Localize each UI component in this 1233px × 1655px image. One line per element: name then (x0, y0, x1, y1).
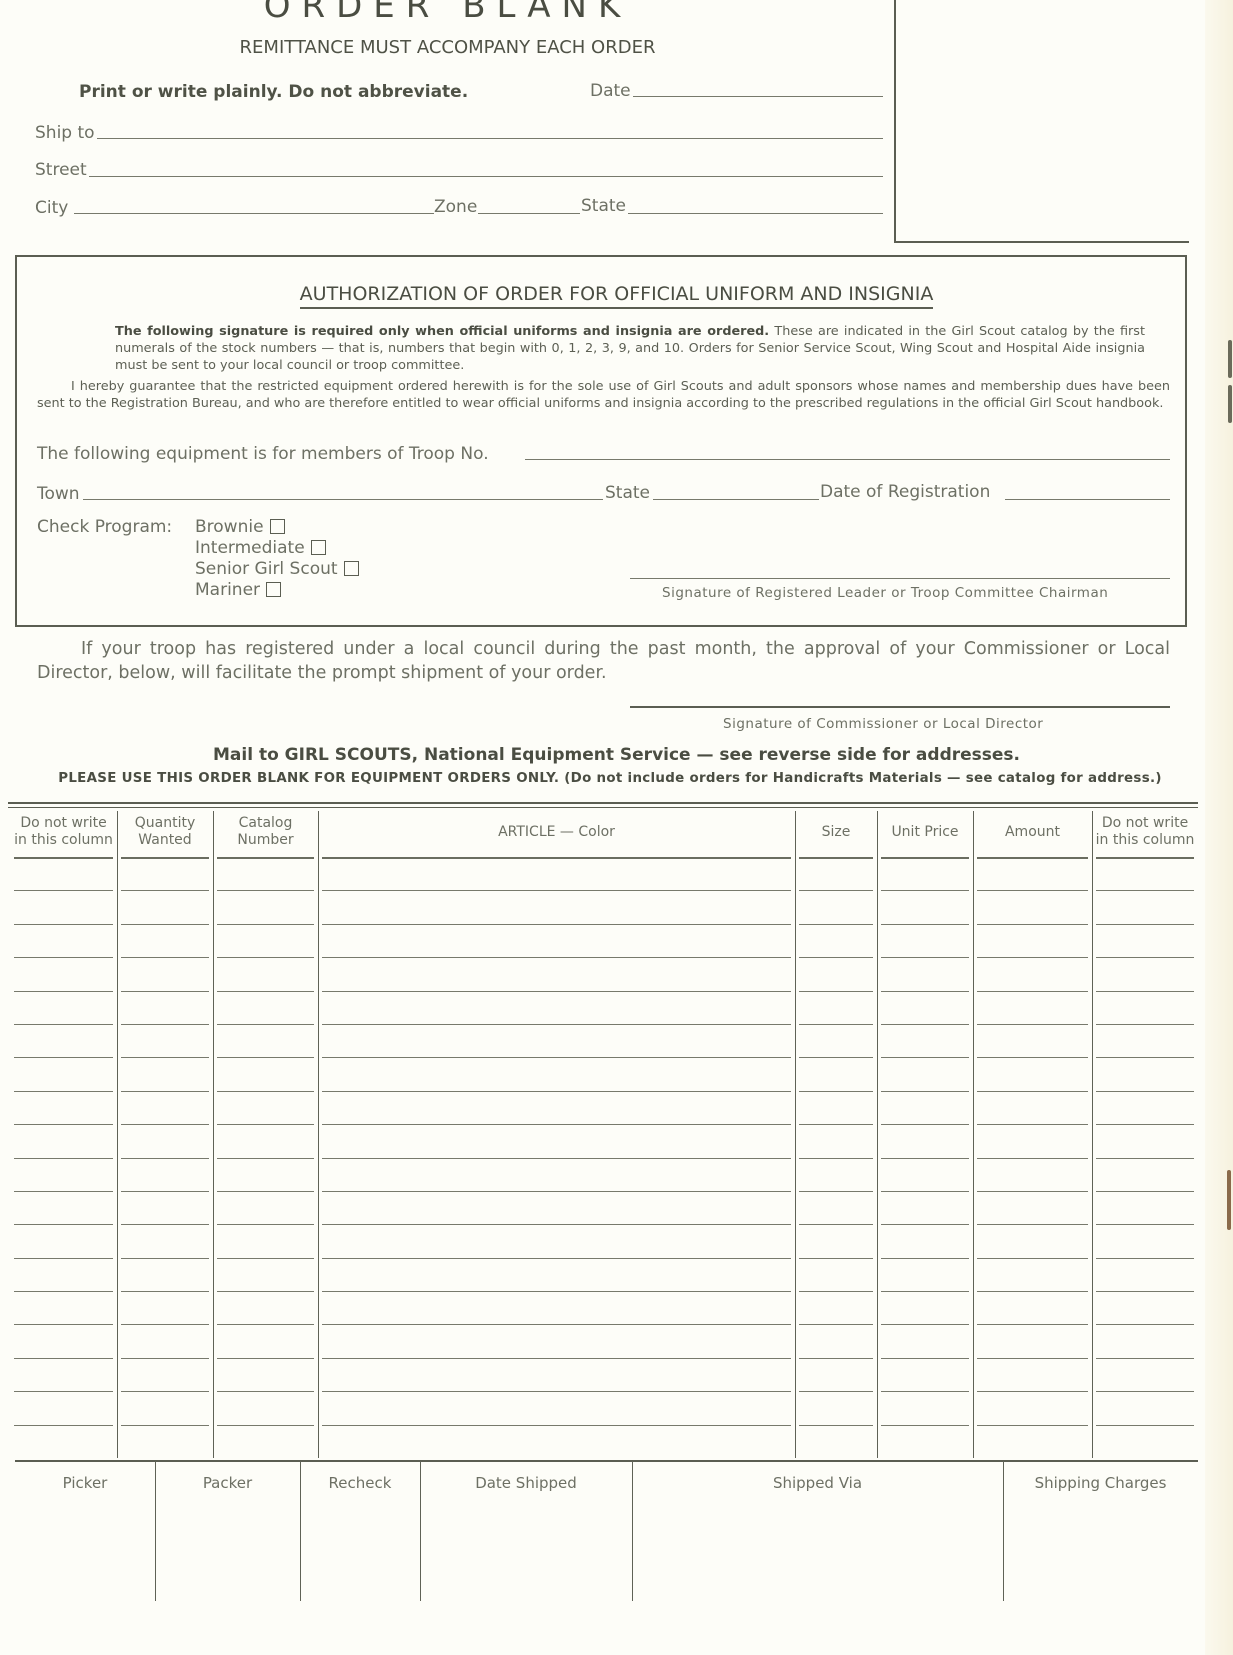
recheck-field[interactable] (306, 1510, 418, 1592)
authorization-paragraph-2: I hereby guarantee that the restricted e… (37, 378, 1170, 412)
checkbox[interactable] (311, 540, 326, 555)
quantity-col-cell[interactable] (121, 1230, 213, 1255)
size-col-cell[interactable] (799, 1364, 877, 1389)
unit-price-col-cell[interactable] (881, 1431, 973, 1456)
office-use-col-left-cell[interactable] (14, 1097, 117, 1122)
unit-price-col-cell[interactable] (881, 1230, 973, 1255)
quantity-col-cell[interactable] (121, 1164, 213, 1189)
catalog-number-col-cell[interactable] (217, 1264, 318, 1289)
column-divider (795, 811, 796, 1458)
office-use-col-left-cell[interactable] (14, 1197, 117, 1222)
row-rule (799, 1024, 873, 1025)
office-use-col-left-cell[interactable] (14, 1030, 117, 1055)
row-rule (14, 957, 113, 958)
office-use-col-right-cell[interactable] (1096, 1197, 1198, 1222)
unit-price-col-cell[interactable] (881, 1030, 973, 1055)
amount-col-cell[interactable] (977, 930, 1092, 955)
column-divider (318, 811, 319, 1458)
office-use-col-right-cell[interactable] (1096, 1364, 1198, 1389)
row-rule (121, 1124, 209, 1125)
row-rule (977, 1191, 1088, 1192)
article-color-col-cell[interactable] (322, 1164, 795, 1189)
office-use-col-right-cell[interactable] (1096, 1397, 1198, 1422)
binding-staple-mark (1228, 340, 1232, 378)
row-rule (14, 1291, 113, 1292)
quantity-col-cell[interactable] (121, 1063, 213, 1088)
row-rule (14, 1324, 113, 1325)
amount-col-cell[interactable] (977, 863, 1092, 888)
commissioner-signature-field[interactable] (630, 684, 1174, 708)
quantity-col-cell[interactable] (121, 1364, 213, 1389)
column-header-size-col: Size (798, 824, 874, 841)
office-use-col-left-cell[interactable] (14, 1397, 117, 1422)
quantity-col-cell[interactable] (121, 1330, 213, 1355)
row-rule (217, 1124, 314, 1125)
mailing-instructions: Mail to GIRL SCOUTS, National Equipment … (0, 745, 1233, 765)
catalog-number-col-cell[interactable] (217, 863, 318, 888)
ship-to-label: Ship to (35, 123, 95, 143)
row-rule (881, 1224, 969, 1225)
row-rule (1096, 1191, 1194, 1192)
amount-col-cell[interactable] (977, 997, 1092, 1022)
article-color-col-cell[interactable] (322, 963, 795, 988)
row-rule (322, 1091, 791, 1092)
office-use-col-left-cell[interactable] (14, 930, 117, 955)
unit-price-col-cell[interactable] (881, 1097, 973, 1122)
office-use-col-left-cell[interactable] (14, 1063, 117, 1088)
catalog-number-col-cell[interactable] (217, 896, 318, 921)
size-col-cell[interactable] (799, 1030, 877, 1055)
column-header-article-color-col: ARTICLE — Color (321, 824, 792, 841)
row-rule (977, 1425, 1088, 1426)
quantity-col-cell[interactable] (121, 896, 213, 921)
row-rule (322, 991, 791, 992)
column-header-line: Catalog (216, 815, 315, 832)
row-rule (217, 957, 314, 958)
print-instruction: Print or write plainly. Do not abbreviat… (79, 82, 468, 102)
office-use-col-left-cell[interactable] (14, 863, 117, 888)
row-rule (881, 924, 969, 925)
unit-price-col-cell[interactable] (881, 1063, 973, 1088)
catalog-number-col-cell[interactable] (217, 1230, 318, 1255)
binding-staple-mark (1228, 385, 1232, 423)
office-use-col-left-cell[interactable] (14, 1164, 117, 1189)
row-rule (121, 991, 209, 992)
packer-field[interactable] (161, 1510, 298, 1592)
article-color-col-cell[interactable] (322, 1431, 795, 1456)
quantity-col-cell[interactable] (121, 1264, 213, 1289)
quantity-col-cell[interactable] (121, 963, 213, 988)
quantity-col-cell[interactable] (121, 1197, 213, 1222)
row-rule (14, 890, 113, 891)
row-rule (322, 1124, 791, 1125)
row-rule (121, 1224, 209, 1225)
row-rule (881, 1091, 969, 1092)
row-rule (977, 1024, 1088, 1025)
office-use-col-right-cell[interactable] (1096, 1431, 1198, 1456)
row-rule (217, 857, 314, 859)
unit-price-col-cell[interactable] (881, 1297, 973, 1322)
office-use-col-left-cell[interactable] (14, 1230, 117, 1255)
column-header-line: Do not write (1095, 815, 1195, 832)
row-rule (322, 1191, 791, 1192)
date-shipped-field[interactable] (426, 1510, 630, 1592)
article-color-col-cell[interactable] (322, 1030, 795, 1055)
size-col-cell[interactable] (799, 1063, 877, 1088)
article-color-col-cell[interactable] (322, 997, 795, 1022)
unit-price-col-cell[interactable] (881, 997, 973, 1022)
row-rule (121, 1158, 209, 1159)
zone-label: Zone (434, 197, 477, 217)
office-use-col-right-cell[interactable] (1096, 1230, 1198, 1255)
row-rule (799, 924, 873, 925)
amount-col-cell[interactable] (977, 1164, 1092, 1189)
office-use-col-right-cell[interactable] (1096, 1097, 1198, 1122)
article-color-col-cell[interactable] (322, 1330, 795, 1355)
catalog-number-col-cell[interactable] (217, 963, 318, 988)
amount-col-cell[interactable] (977, 1230, 1092, 1255)
program-option-brownie[interactable]: Brownie (195, 517, 285, 538)
row-rule (977, 924, 1088, 925)
quantity-col-cell[interactable] (121, 1431, 213, 1456)
row-rule (881, 1324, 969, 1325)
amount-col-cell[interactable] (977, 1364, 1092, 1389)
size-col-cell[interactable] (799, 930, 877, 955)
catalog-number-col-cell[interactable] (217, 1297, 318, 1322)
troop-number-label: The following equipment is for members o… (37, 444, 489, 464)
office-use-col-left-cell[interactable] (14, 1364, 117, 1389)
row-rule (121, 957, 209, 958)
checkbox[interactable] (344, 561, 359, 576)
shipping-charges-field[interactable] (1009, 1510, 1196, 1592)
amount-col-cell[interactable] (977, 1264, 1092, 1289)
row-rule (799, 1124, 873, 1125)
size-col-cell[interactable] (799, 1197, 877, 1222)
row-rule (1096, 1258, 1194, 1259)
office-use-col-left-cell[interactable] (14, 1431, 117, 1456)
quantity-col-cell[interactable] (121, 1297, 213, 1322)
amount-col-cell[interactable] (977, 1097, 1092, 1122)
size-col-cell[interactable] (799, 963, 877, 988)
office-use-col-left-cell[interactable] (14, 963, 117, 988)
row-rule (881, 1291, 969, 1292)
row-rule (1096, 890, 1194, 891)
amount-col-cell[interactable] (977, 963, 1092, 988)
office-use-col-right-cell[interactable] (1096, 1330, 1198, 1355)
row-rule (977, 890, 1088, 891)
unit-price-col-cell[interactable] (881, 863, 973, 888)
row-rule (881, 1024, 969, 1025)
article-color-col-cell[interactable] (322, 863, 795, 888)
row-rule (217, 1258, 314, 1259)
street-field[interactable] (89, 156, 887, 180)
size-col-cell[interactable] (799, 1397, 877, 1422)
column-header-line: ARTICLE — Color (321, 824, 792, 841)
office-use-col-left-cell[interactable] (14, 1130, 117, 1155)
office-use-col-right-cell[interactable] (1096, 1130, 1198, 1155)
size-col-cell[interactable] (799, 1130, 877, 1155)
office-use-col-left-cell[interactable] (14, 896, 117, 921)
office-use-col-right-cell[interactable] (1096, 997, 1198, 1022)
catalog-number-col-cell[interactable] (217, 1063, 318, 1088)
catalog-number-col-cell[interactable] (217, 1030, 318, 1055)
amount-col-cell[interactable] (977, 1330, 1092, 1355)
row-rule (977, 857, 1088, 859)
unit-price-col-cell[interactable] (881, 1397, 973, 1422)
authorization-title: AUTHORIZATION OF ORDER FOR OFFICIAL UNIF… (0, 283, 1233, 305)
article-color-col-cell[interactable] (322, 1230, 795, 1255)
program-label: Senior Girl Scout (195, 559, 338, 579)
size-col-cell[interactable] (799, 896, 877, 921)
unit-price-col-cell[interactable] (881, 930, 973, 955)
row-rule (799, 1091, 873, 1092)
row-rule (322, 1391, 791, 1392)
catalog-number-col-cell[interactable] (217, 1397, 318, 1422)
size-col-cell[interactable] (799, 1164, 877, 1189)
row-rule (977, 1324, 1088, 1325)
quantity-col-cell[interactable] (121, 1130, 213, 1155)
column-header-line: Size (798, 824, 874, 841)
catalog-number-col-cell[interactable] (217, 1130, 318, 1155)
amount-col-cell[interactable] (977, 1297, 1092, 1322)
quantity-col-cell[interactable] (121, 930, 213, 955)
row-rule (217, 991, 314, 992)
catalog-number-col-cell[interactable] (217, 1431, 318, 1456)
article-color-col-cell[interactable] (322, 1197, 795, 1222)
troop-number-field[interactable] (525, 439, 1174, 463)
town-field[interactable] (83, 479, 607, 503)
row-rule (799, 1391, 873, 1392)
row-rule (217, 1057, 314, 1058)
row-rule (322, 924, 791, 925)
row-rule (322, 857, 791, 859)
column-divider (877, 811, 878, 1458)
row-rule (121, 1024, 209, 1025)
row-rule (881, 890, 969, 891)
row-rule (14, 1224, 113, 1225)
amount-col-cell[interactable] (977, 1030, 1092, 1055)
office-use-col-right-cell[interactable] (1096, 896, 1198, 921)
office-use-col-right-cell[interactable] (1096, 1297, 1198, 1322)
state-field[interactable] (628, 193, 887, 217)
equipment-only-notice: PLEASE USE THIS ORDER BLANK FOR EQUIPMEN… (20, 771, 1200, 786)
office-use-col-right-cell[interactable] (1096, 1063, 1198, 1088)
row-rule (977, 1391, 1088, 1392)
office-use-col-right-cell[interactable] (1096, 1264, 1198, 1289)
row-rule (1096, 857, 1194, 859)
office-use-col-left-cell[interactable] (14, 1330, 117, 1355)
row-rule (217, 890, 314, 891)
ship-to-field[interactable] (97, 118, 887, 142)
size-col-cell[interactable] (799, 1097, 877, 1122)
office-use-col-right-cell[interactable] (1096, 1164, 1198, 1189)
row-rule (799, 1425, 873, 1426)
size-col-cell[interactable] (799, 1330, 877, 1355)
row-rule (1096, 924, 1194, 925)
row-rule (14, 1091, 113, 1092)
page-edge (1205, 0, 1233, 1655)
amount-col-cell[interactable] (977, 896, 1092, 921)
office-use-col-left-cell[interactable] (14, 1297, 117, 1322)
row-rule (121, 1191, 209, 1192)
size-col-cell[interactable] (799, 1264, 877, 1289)
article-color-col-cell[interactable] (322, 1264, 795, 1289)
row-rule (217, 924, 314, 925)
date-field[interactable] (633, 76, 887, 100)
article-color-col-cell[interactable] (322, 1364, 795, 1389)
catalog-number-col-cell[interactable] (217, 1097, 318, 1122)
row-rule (799, 1158, 873, 1159)
quantity-col-cell[interactable] (121, 863, 213, 888)
row-rule (1096, 1291, 1194, 1292)
check-program-label: Check Program: (37, 517, 172, 537)
row-rule (217, 1158, 314, 1159)
row-rule (1096, 1124, 1194, 1125)
article-color-col-cell[interactable] (322, 1297, 795, 1322)
auth-state-field[interactable] (653, 479, 823, 503)
office-use-col-left-cell[interactable] (14, 1264, 117, 1289)
row-rule (14, 1158, 113, 1159)
row-rule (1096, 1024, 1194, 1025)
row-rule (322, 1024, 791, 1025)
checkbox[interactable] (270, 519, 285, 534)
row-rule (799, 991, 873, 992)
authorization-paragraph-1-bold: The following signature is required only… (115, 324, 769, 339)
article-color-col-cell[interactable] (322, 1397, 795, 1422)
unit-price-col-cell[interactable] (881, 896, 973, 921)
size-col-cell[interactable] (799, 1431, 877, 1456)
program-option-intermediate[interactable]: Intermediate (195, 538, 326, 559)
date-of-registration-field[interactable] (1005, 479, 1174, 503)
catalog-number-col-cell[interactable] (217, 1197, 318, 1222)
form-title: ORDER BLANK (0, 0, 895, 26)
size-col-cell[interactable] (799, 863, 877, 888)
office-use-col-right-cell[interactable] (1096, 963, 1198, 988)
checkbox[interactable] (266, 582, 281, 597)
row-rule (121, 924, 209, 925)
row-rule (977, 991, 1088, 992)
article-color-col-cell[interactable] (322, 896, 795, 921)
column-divider (973, 811, 974, 1458)
catalog-number-col-cell[interactable] (217, 1164, 318, 1189)
row-rule (217, 1024, 314, 1025)
unit-price-col-cell[interactable] (881, 1197, 973, 1222)
auth-state-label: State (605, 483, 650, 503)
row-rule (799, 1057, 873, 1058)
amount-col-cell[interactable] (977, 1197, 1092, 1222)
size-col-cell[interactable] (799, 1297, 877, 1322)
column-header-line: Number (216, 832, 315, 849)
row-rule (217, 1358, 314, 1359)
unit-price-col-cell[interactable] (881, 1130, 973, 1155)
row-rule (1096, 1158, 1194, 1159)
row-rule (1096, 991, 1194, 992)
row-rule (799, 890, 873, 891)
row-rule (977, 1358, 1088, 1359)
row-rule (799, 1191, 873, 1192)
unit-price-col-cell[interactable] (881, 1330, 973, 1355)
catalog-number-col-cell[interactable] (217, 1364, 318, 1389)
program-option-mariner[interactable]: Mariner (195, 580, 281, 601)
row-rule (1096, 1224, 1194, 1225)
table-bottom-rule (15, 1460, 1198, 1462)
program-label: Mariner (195, 580, 260, 600)
row-rule (217, 1391, 314, 1392)
program-label: Intermediate (195, 538, 305, 558)
office-use-col-right-cell[interactable] (1096, 1030, 1198, 1055)
article-color-col-cell[interactable] (322, 1130, 795, 1155)
row-rule (322, 890, 791, 891)
unit-price-col-cell[interactable] (881, 1364, 973, 1389)
catalog-number-col-cell[interactable] (217, 930, 318, 955)
row-rule (977, 1057, 1088, 1058)
office-use-col-right-cell[interactable] (1096, 863, 1198, 888)
row-rule (121, 1291, 209, 1292)
authorization-title-text: AUTHORIZATION OF ORDER FOR OFFICIAL UNIF… (300, 283, 934, 309)
unit-price-col-cell[interactable] (881, 1264, 973, 1289)
column-header-quantity-col: QuantityWanted (120, 815, 210, 849)
row-rule (217, 1324, 314, 1325)
column-header-catalog-number-col: CatalogNumber (216, 815, 315, 849)
row-rule (14, 1124, 113, 1125)
size-col-cell[interactable] (799, 1230, 877, 1255)
row-rule (799, 957, 873, 958)
row-rule (322, 1358, 791, 1359)
amount-col-cell[interactable] (977, 1431, 1092, 1456)
unit-price-col-cell[interactable] (881, 963, 973, 988)
quantity-col-cell[interactable] (121, 1030, 213, 1055)
office-use-col-left-cell[interactable] (14, 997, 117, 1022)
row-rule (881, 1258, 969, 1259)
row-rule (881, 1124, 969, 1125)
row-rule (977, 1258, 1088, 1259)
leader-signature-field[interactable] (630, 556, 1174, 580)
office-use-box-border (894, 241, 1189, 243)
office-use-col-right-cell[interactable] (1096, 930, 1198, 955)
article-color-col-cell[interactable] (322, 930, 795, 955)
amount-col-cell[interactable] (977, 1063, 1092, 1088)
article-color-col-cell[interactable] (322, 1097, 795, 1122)
row-rule (121, 1425, 209, 1426)
size-col-cell[interactable] (799, 997, 877, 1022)
amount-col-cell[interactable] (977, 1397, 1092, 1422)
catalog-number-col-cell[interactable] (217, 1330, 318, 1355)
program-option-senior-girl-scout[interactable]: Senior Girl Scout (195, 559, 359, 580)
catalog-number-col-cell[interactable] (217, 997, 318, 1022)
picker-field[interactable] (21, 1510, 153, 1592)
amount-col-cell[interactable] (977, 1130, 1092, 1155)
city-field[interactable] (74, 193, 438, 217)
program-label: Brownie (195, 517, 264, 537)
shipped-via-field[interactable] (638, 1510, 1001, 1592)
row-rule (121, 1391, 209, 1392)
row-rule (322, 1224, 791, 1225)
quantity-col-cell[interactable] (121, 1397, 213, 1422)
column-header-line: Amount (976, 824, 1089, 841)
unit-price-col-cell[interactable] (881, 1164, 973, 1189)
column-header-line: in this column (13, 832, 114, 849)
column-divider (117, 811, 118, 1458)
row-rule (881, 1425, 969, 1426)
quantity-col-cell[interactable] (121, 997, 213, 1022)
state-label: State (581, 196, 626, 216)
column-header-office-use-col-right: Do not writein this column (1095, 815, 1195, 849)
row-rule (1096, 1358, 1194, 1359)
row-rule (14, 1358, 113, 1359)
article-color-col-cell[interactable] (322, 1063, 795, 1088)
zone-field[interactable] (478, 193, 584, 217)
quantity-col-cell[interactable] (121, 1097, 213, 1122)
